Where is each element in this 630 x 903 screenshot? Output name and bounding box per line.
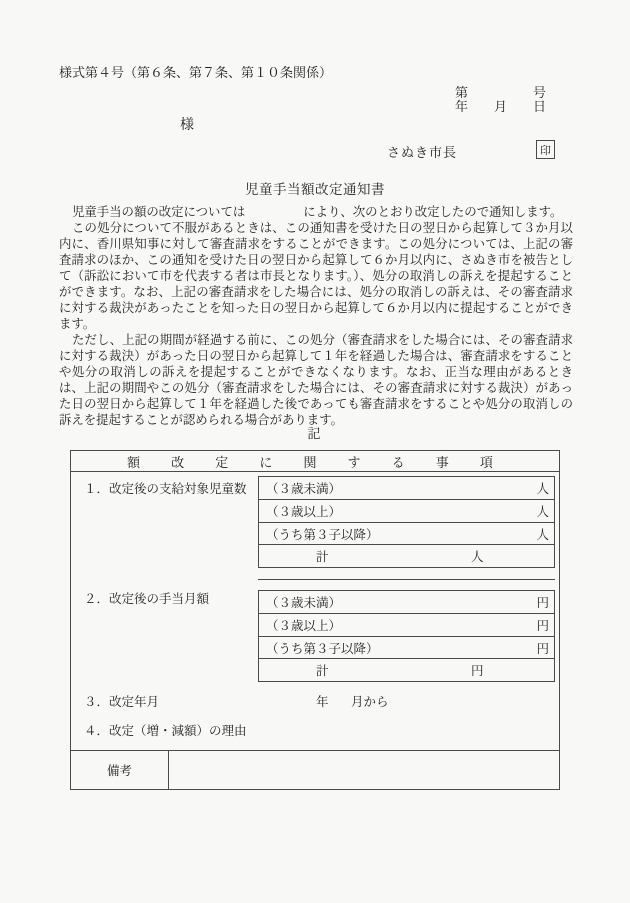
header-char: 改 — [171, 452, 184, 471]
header-char: に — [259, 452, 272, 471]
section1-label: １．改定後の支給対象児童数 — [84, 481, 247, 497]
unit-label: 円 — [471, 661, 484, 679]
category-label: （３歳未満） — [266, 593, 341, 611]
seal-character: 印 — [540, 142, 551, 158]
total-row: 計 円 — [259, 659, 554, 681]
form-number-line: 様式第４号（第６条、第７条、第１０条関係） — [59, 62, 332, 81]
table-row: （３歳以上） 人 — [259, 500, 554, 523]
monthly-amount-box: （３歳未満） 円 （３歳以上） 円 （うち第３子以降） 円 計 円 — [258, 590, 555, 682]
paragraph-appeal-rights: この処分について不服があるときは、この通知書を受けた日の翌日から起算して３か月以… — [59, 220, 573, 332]
table-row: （３歳以上） 円 — [259, 614, 554, 637]
header-char: 額 — [127, 452, 140, 471]
section2-label: ２．改定後の手当月額 — [84, 591, 209, 607]
paragraph-appeal-deadline: ただし、上記の期間が経過する前に、この処分（審査請求をした場合には、その審査請求… — [59, 332, 573, 428]
unit-label: 人 — [536, 525, 549, 543]
unit-label: 人 — [471, 547, 484, 565]
header-char: す — [348, 452, 361, 471]
document-title: 児童手当額改定通知書 — [0, 178, 630, 198]
seal-stamp-box: 印 — [536, 140, 555, 159]
revision-details-table: 額 改 定 に 関 す る 事 項 １．改定後の支給対象児童数 （３歳未満） 人… — [70, 450, 560, 790]
unit-label: 人 — [536, 479, 549, 497]
body-text-block: 児童手当の額の改定についてはにより、次のとおり改定したので通知します。 この処分… — [59, 204, 573, 428]
category-label: （うち第３子以降） — [266, 525, 379, 543]
paragraph-notice: 児童手当の額の改定についてはにより、次のとおり改定したので通知します。 — [59, 204, 573, 220]
notice-document-page: 様式第４号（第６条、第７条、第１０条関係） 第 号 年 月 日 様 さぬき市長 … — [0, 0, 630, 903]
category-label: （うち第３子以降） — [266, 639, 379, 657]
remarks-header-cell: 備考 — [71, 751, 169, 789]
date-day-label: 日 — [533, 96, 546, 115]
header-char: 関 — [303, 452, 316, 471]
revision-year-label: 年 — [316, 694, 329, 710]
total-label: 計 — [316, 661, 329, 679]
addressee-honorific: 様 — [180, 114, 194, 134]
table-row: （３歳未満） 円 — [259, 591, 554, 614]
header-char: 定 — [215, 452, 228, 471]
category-label: （３歳以上） — [266, 502, 341, 520]
table-row: （うち第３子以降） 人 — [259, 523, 554, 545]
issuer-name: さぬき市長 — [387, 142, 457, 161]
table-header-row: 額 改 定 に 関 す る 事 項 — [71, 451, 559, 472]
record-mark: 記 — [0, 423, 630, 442]
section3-label: ３．改定年月 — [84, 694, 159, 710]
total-label: 計 — [316, 547, 329, 565]
table-row: （３歳未満） 人 — [259, 477, 554, 500]
total-row: 計 人 — [259, 545, 554, 567]
header-char: 事 — [436, 452, 449, 471]
notice-tail-text: により、次のとおり改定したので通知します。 — [303, 205, 562, 219]
unit-label: 円 — [536, 593, 549, 611]
unit-label: 人 — [536, 502, 549, 520]
category-label: （３歳以上） — [266, 616, 341, 634]
header-char: る — [392, 452, 405, 471]
unit-label: 円 — [536, 616, 549, 634]
unit-label: 円 — [536, 639, 549, 657]
revision-month-from-label: 月から — [351, 694, 389, 710]
category-label: （３歳未満） — [266, 479, 341, 497]
section4-label: ４．改定（増・減額）の理由 — [84, 723, 247, 739]
remarks-row: 備考 — [71, 750, 559, 789]
table-row: （うち第３子以降） 円 — [259, 637, 554, 659]
date-year-label: 年 — [455, 96, 468, 115]
section-divider-line — [258, 579, 555, 580]
table-header-title: 額 改 定 に 関 す る 事 項 — [127, 451, 493, 471]
date-line: 年 月 日 — [455, 96, 546, 115]
remarks-label: 備考 — [107, 761, 132, 779]
date-month-label: 月 — [494, 96, 507, 115]
children-count-box: （３歳未満） 人 （３歳以上） 人 （うち第３子以降） 人 計 人 — [258, 476, 555, 568]
header-char: 項 — [480, 452, 493, 471]
notice-lead-text: 児童手当の額の改定については — [72, 205, 245, 219]
